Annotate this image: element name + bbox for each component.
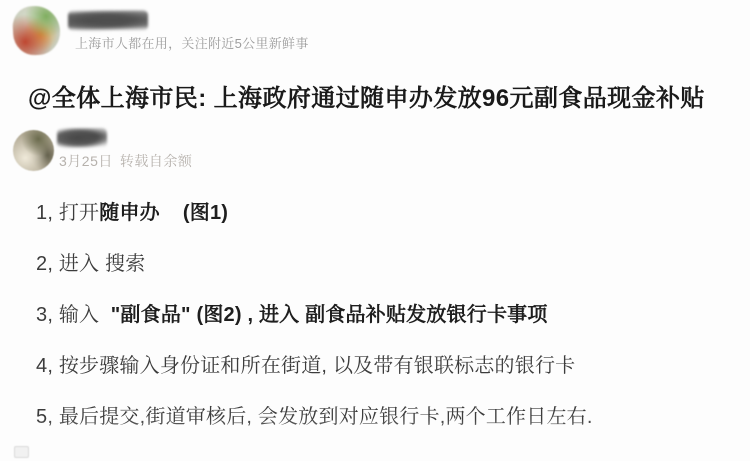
step-1-text: 1, 打开: [36, 202, 99, 224]
step-1-gap: [160, 202, 183, 224]
redacted-author-name: [68, 10, 148, 31]
step-5: 5, 最后提交,街道审核后, 会发放到对应银行卡,两个工作日左右.: [36, 400, 593, 429]
social-feed-post-screenshot: 上海市人都在用，关注附近5公里新鲜事 @全体上海市民: 上海政府通过随申办发放9…: [0, 0, 750, 461]
step-3: 3, 输入 "副食品" (图2) , 进入 副食品补贴发放银行卡事项: [36, 298, 548, 327]
step-4: 4, 按步骤输入身份证和所在街道, 以及带有银联标志的银行卡: [36, 349, 575, 378]
step-1: 1, 打开随申办 (图1): [36, 196, 228, 225]
step-2-text: 2, 进入 搜索: [36, 253, 145, 275]
step-2: 2, 进入 搜索: [36, 247, 145, 276]
step-4-text: 4, 按步骤输入身份证和所在街道, 以及带有银联标志的银行卡: [36, 355, 575, 377]
step-5-text: 5, 最后提交,街道审核后, 会发放到对应银行卡,两个工作日左右.: [36, 406, 593, 428]
step-1-bold-app: 随申办: [99, 202, 160, 224]
repost-date: 3月25日: [59, 153, 113, 169]
author-avatar[interactable]: [12, 5, 62, 56]
repost-source: 转载自余额: [120, 153, 193, 169]
post-title[interactable]: @全体上海市民: 上海政府通过随申办发放96元副食品现金补贴: [28, 78, 705, 113]
repost-meta: 3月25日转载自余额: [59, 151, 192, 171]
step-1-figure-ref: (图1): [183, 202, 228, 224]
redacted-reposter-name: [57, 128, 107, 148]
step-3-bold-text: "副食品" (图2) , 进入 副食品补贴发放银行卡事项: [111, 304, 548, 326]
cropped-image-fragment: [14, 446, 29, 458]
reposter-avatar[interactable]: [13, 130, 54, 171]
step-3-text: 3, 输入: [36, 304, 111, 326]
author-tagline: 上海市人都在用，关注附近5公里新鲜事: [75, 33, 309, 52]
